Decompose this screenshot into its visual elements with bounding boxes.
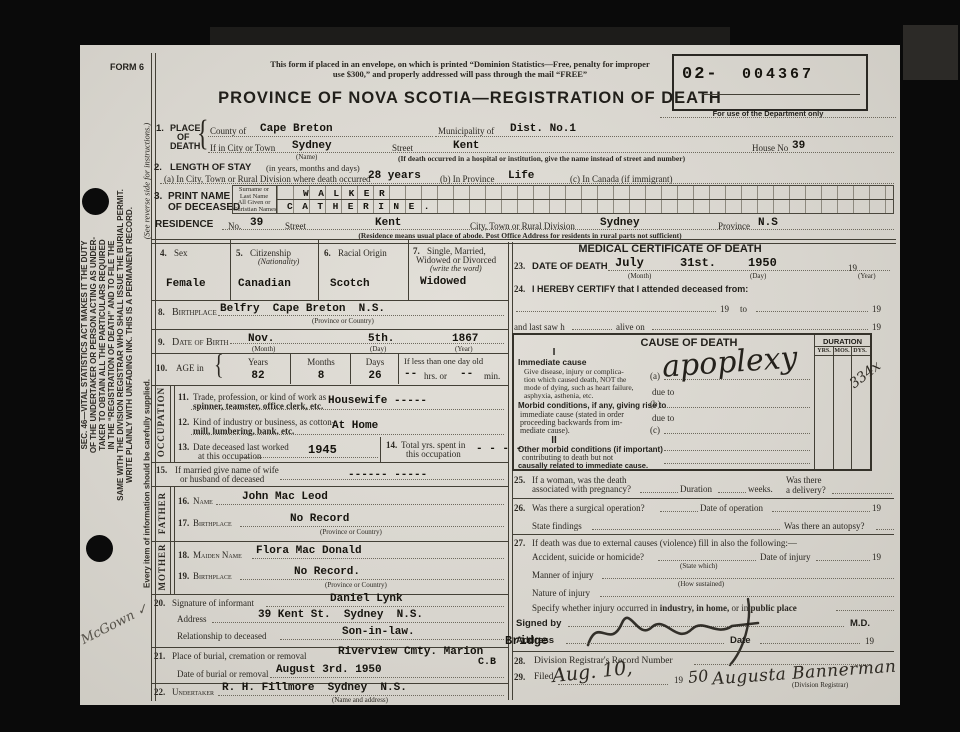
field3-label1: PRINT NAME (168, 191, 230, 202)
father-side-label: FATHER (157, 485, 167, 541)
morbid-label1: Morbid conditions, if any, giving rise t… (518, 401, 666, 410)
county-value: Cape Breton (260, 123, 333, 135)
registration-number-box: 02- 004367 (672, 54, 868, 111)
municipality-value: Dist. No.1 (510, 123, 576, 135)
age-years-label: Years (228, 357, 288, 367)
citizenship-value: Canadian (238, 278, 291, 290)
leader (191, 434, 504, 435)
how-sustained-sub: (How sustained) (678, 580, 724, 588)
pencil-margin-note: McGown ✓ (79, 601, 151, 648)
father-name-value: John Mac Leod (242, 491, 328, 503)
manner-injury-label: Manner of injury (532, 570, 593, 580)
signed-by-label: Signed by (516, 618, 561, 629)
street-value: Kent (453, 140, 479, 152)
total-years-label2: this occupation (406, 449, 461, 459)
mail-notice: This form if placed in an envelope, on w… (230, 59, 690, 79)
leader (772, 511, 870, 512)
age-min-label: min. (484, 371, 500, 381)
leader (572, 329, 612, 330)
residence-city-value: Sydney (600, 217, 640, 229)
leader (208, 136, 433, 137)
leader (640, 492, 678, 493)
immediate-desc4: asphyxia, asthenia, etc. (524, 391, 593, 400)
occupation-group-border (170, 385, 175, 462)
row-line (151, 353, 508, 354)
father-name-label: Name (193, 496, 213, 506)
cell-vline (398, 354, 399, 384)
dob-label: Date of Birth (172, 337, 229, 348)
last-saw-19: 19 (872, 322, 881, 332)
due-to-1: due to (652, 387, 674, 397)
sex-label: Sex (174, 248, 188, 258)
leader (664, 463, 810, 464)
mother-side-label: MOTHER (157, 539, 167, 595)
field2-number: 2. (154, 162, 162, 173)
city-town-value: Sydney (292, 140, 332, 152)
leader (664, 450, 810, 451)
dob-day-sub: (Day) (370, 345, 386, 353)
last-worked-label2: at this occupation (198, 451, 261, 461)
field26-number: 26. (514, 503, 525, 513)
death-year-sub: (Year) (858, 272, 876, 280)
field6-number: 6. (324, 248, 331, 258)
injury-19: 19 (872, 552, 881, 562)
death-year19: 19 (848, 263, 857, 273)
row-line (151, 385, 508, 386)
row-line (512, 651, 894, 652)
municipality-label: Municipality of (438, 126, 494, 136)
father-birthplace-value: No Record (290, 513, 349, 525)
document-scan: SEC. 46—VITAL STATISTICS ACT MAKES IT TH… (0, 0, 960, 732)
burial-place-value: Riverview Cmty. Marion (338, 646, 483, 658)
leader (208, 152, 894, 153)
certify-19b: 19 (872, 304, 881, 314)
duration-dys: DYS. (851, 348, 869, 354)
stay-a-value: 28 years (368, 170, 421, 182)
leader (160, 183, 894, 184)
pregnancy-weeks-label: weeks. (748, 484, 773, 494)
certify-to: to (740, 304, 747, 314)
burial-place-label: Place of burial, cremation or removal (172, 651, 306, 661)
field1-label-death: DEATH (170, 141, 200, 151)
field27-number: 27. (514, 538, 525, 548)
occupation-side-label: OCCUPATION (156, 377, 166, 467)
row-line (151, 300, 508, 301)
row-line (151, 541, 508, 542)
last-saw-label: and last saw h (514, 322, 565, 332)
birthplace-value: Belfry Cape Breton N.S. (220, 303, 385, 315)
age-days-value: 26 (352, 370, 398, 382)
county-label: County of (210, 126, 246, 136)
leader (222, 229, 894, 230)
residence-street-value: Kent (375, 217, 401, 229)
field14-number: 14. (386, 440, 397, 450)
age-label: AGE in (176, 363, 204, 373)
leader (558, 684, 668, 685)
death-month-sub: (Month) (628, 272, 651, 280)
pregnancy-label2: associated with pregnancy? (532, 484, 631, 494)
operation-19: 19 (872, 503, 881, 513)
duration-mos: MOS. (833, 348, 851, 354)
informant-address-value: 39 Kent St. Sydney N.S. (258, 609, 423, 621)
leader (760, 643, 860, 644)
leader (280, 479, 504, 480)
age-months-label: Months (292, 357, 350, 367)
burial-place-cb: C.B (478, 657, 496, 668)
cell-vline (230, 240, 231, 300)
leader (664, 407, 810, 408)
certify-19a: 19 (720, 304, 729, 314)
city-name-sub: (Name) (296, 153, 317, 161)
row-line (512, 534, 894, 535)
column-divider (508, 242, 513, 700)
death-day-sub: (Day) (750, 272, 766, 280)
row-line (512, 498, 894, 499)
certificate-paper: SEC. 46—VITAL STATISTICS ACT MAKES IT TH… (80, 45, 900, 705)
number-box-rule (702, 94, 860, 95)
leader (191, 409, 504, 410)
duration-col2 (851, 346, 852, 469)
filed-19: 19 (674, 675, 683, 685)
entry-a-label: (a) (650, 371, 660, 381)
mother-birthplace-value: No Record. (294, 566, 360, 578)
age-hrs-label: hrs. or (424, 371, 447, 381)
signed-19: 19 (865, 636, 874, 646)
relationship-value: Son-in-law. (342, 626, 415, 638)
leader (270, 677, 504, 678)
statute-line: OF THE UNDERTAKER OR PERSON ACTING AS UN… (89, 85, 98, 605)
age-min-dash: -- (460, 368, 473, 380)
statute-line: IN THE “REGISTRATION OF DEATH” AND TO FI… (107, 85, 116, 605)
field29-number: 29. (514, 672, 525, 682)
field3-label2: OF DECEASED (168, 202, 240, 213)
death-day-value: 31st. (680, 256, 716, 270)
field16-number: 16. (178, 496, 189, 506)
leader (664, 433, 810, 434)
field25-number: 25. (514, 475, 525, 485)
delivery-label1: Was there (786, 475, 822, 485)
field15-number: 15. (156, 465, 167, 475)
field13-number: 13. (178, 442, 189, 452)
age-less-label: If less than one day old (404, 356, 483, 366)
birthplace-sub: (Province or Country) (312, 317, 374, 325)
signed-date-label: Date (730, 635, 751, 646)
operation-date-label: Date of operation (700, 503, 763, 513)
age-days-label: Days (352, 357, 398, 367)
leader (266, 606, 504, 607)
cause-of-death-box: CAUSE OF DEATH DURATION YRS. MOS. DYS. I… (512, 333, 872, 471)
entry-c-label: (c) (650, 425, 660, 435)
row-line (151, 486, 508, 487)
delivery-label2: a delivery? (786, 485, 826, 495)
undertaker-label: Undertaker (172, 687, 214, 697)
leader (566, 643, 724, 644)
leader (240, 579, 504, 580)
statute-line: WRITE PLAINLY WITH UNFADING INK. THIS IS… (125, 85, 134, 605)
death-month-value: July (615, 256, 644, 270)
leader (212, 622, 504, 623)
given-name-value: CATHERINE. (287, 201, 439, 212)
leader (876, 529, 894, 530)
surname-value: WALKER (303, 188, 394, 199)
leader (240, 457, 378, 458)
state-findings-label: State findings (532, 521, 582, 531)
leader (816, 560, 870, 561)
leader (216, 504, 504, 505)
field23-number: 23. (514, 261, 525, 271)
alive-on-label: alive on (616, 322, 645, 332)
racial-origin-value: Scotch (330, 278, 370, 290)
duration-hline (814, 346, 870, 347)
filed-year-handwritten: 50 (687, 666, 709, 687)
informant-value: Daniel Lynk (330, 593, 403, 605)
field24-number: 24. (514, 284, 525, 294)
industry-value: At Home (332, 420, 378, 432)
stay-b-value: Life (508, 170, 534, 182)
name-grid-box: Surname orLast Name All Given orChristia… (232, 185, 894, 214)
accident-label: Accident, suicide or homicide? (532, 552, 644, 562)
age-months-value: 8 (292, 370, 350, 382)
burial-date-value: August 3rd. 1950 (276, 664, 382, 676)
leader (516, 311, 716, 312)
field11-number: 11. (178, 392, 189, 402)
marital-value: Widowed (420, 276, 466, 288)
leader (280, 639, 504, 640)
field28-number: 28. (514, 656, 525, 666)
field20-number: 20. (154, 598, 165, 608)
age-brace: { (214, 350, 224, 382)
field2-sub: (in years, months and days) (266, 163, 360, 173)
pregnancy-duration-label: Duration (680, 484, 712, 494)
external-causes-label: If death was due to external causes (vio… (532, 538, 797, 548)
field10-number: 10. (156, 363, 167, 373)
date-injury-label: Date of injury (760, 552, 810, 562)
cell-vline (350, 354, 351, 384)
mail-notice-line1: This form if placed in an envelope, on w… (230, 59, 690, 69)
house-value: 39 (792, 140, 805, 152)
citizenship-sub: (Nationality) (258, 257, 299, 266)
leader (435, 136, 893, 137)
residence-no-value: 39 (250, 217, 263, 229)
leader (230, 343, 504, 344)
leader (608, 270, 890, 271)
age-years-value: 82 (228, 370, 288, 382)
field1-brace: { (197, 114, 209, 155)
cell-vline (380, 437, 381, 462)
birthplace-label: Birthplace (172, 307, 217, 318)
sex-value: Female (166, 278, 206, 290)
residence-province-value: N.S (758, 217, 778, 229)
field17-number: 17. (178, 518, 189, 528)
mother-birthplace-label: Birthplace (193, 571, 232, 581)
mail-notice-line2: use $300,” and properly addressed will p… (230, 69, 690, 79)
leader (218, 315, 504, 316)
row-line (151, 329, 508, 330)
relationship-label: Relationship to deceased (177, 631, 266, 641)
certify-label: I HEREBY CERTIFY that I attended decease… (532, 284, 748, 294)
field2-label: LENGTH OF STAY (170, 162, 251, 173)
mother-maiden-value: Flora Mac Donald (256, 545, 362, 557)
leader (756, 311, 868, 312)
field1-number: 1. (156, 123, 164, 134)
marital-sub: (write the word) (430, 264, 482, 273)
informant-address-label: Address (177, 614, 207, 624)
statute-notice: SEC. 46—VITAL STATISTICS ACT MAKES IT TH… (80, 85, 136, 605)
dob-month-sub: (Month) (252, 345, 275, 353)
leader (658, 560, 756, 561)
see-reverse-note: (See reverse side for instructions.) (142, 109, 152, 254)
statute-line: SAME WITH THE DIVISION REGISTRAR WHO SHA… (116, 85, 125, 605)
mother-group-border (170, 541, 175, 594)
field3-number: 3. (154, 191, 162, 202)
leader (836, 610, 894, 611)
field8-number: 8. (158, 307, 165, 317)
leader (602, 578, 894, 579)
residence-label: RESIDENCE (155, 219, 213, 230)
leader (652, 329, 868, 330)
leader (592, 529, 780, 530)
statute-line: SEC. 46—VITAL STATISTICS ACT MAKES IT TH… (80, 85, 89, 605)
leader (718, 492, 746, 493)
duration-yrs: YRS. (815, 348, 833, 354)
leader (240, 526, 504, 527)
immediate-cause-label: Immediate cause (518, 357, 587, 367)
occupation-value: Housewife ----- (328, 395, 427, 407)
leader (252, 558, 504, 559)
medical-title: MEDICAL CERTIFICATE OF DEATH (530, 243, 810, 255)
leader (660, 511, 698, 512)
punch-hole-top (82, 188, 109, 215)
entry-b-label: (b) (650, 399, 661, 409)
father-group-border (170, 486, 175, 541)
field12-number: 12. (178, 417, 189, 427)
cell-vline (408, 240, 409, 300)
field9-number: 9. (158, 337, 165, 347)
punch-hole-bottom (86, 535, 113, 562)
field19-number: 19. (178, 571, 189, 581)
given-cell-label: All Given orChristian Names (233, 200, 275, 213)
autopsy-label: Was there an autopsy? (784, 521, 865, 531)
operation-label: Was there a surgical operation? (532, 503, 645, 513)
age-hrs-dash: -- (404, 368, 417, 380)
morbid-label4: mediate cause). (520, 426, 570, 435)
division-registrar-sub: (Division Registrar) (792, 681, 848, 689)
md-label: M.D. (850, 618, 870, 629)
cell-vline (290, 354, 291, 384)
informant-label: Signature of informant (172, 598, 254, 608)
leader (832, 493, 892, 494)
mother-birthplace-sub: (Province or Country) (325, 581, 387, 589)
racial-origin-label: Racial Origin (338, 248, 387, 258)
father-birthplace-label: Birthplace (193, 518, 232, 528)
last-worked-value: 1945 (308, 443, 337, 457)
scan-top-strip (210, 27, 730, 45)
row-line (151, 462, 508, 463)
father-birthplace-sub: (Province or Country) (320, 528, 382, 536)
field18-number: 18. (178, 550, 189, 560)
page-title: PROVINCE OF NOVA SCOTIA—REGISTRATION OF … (190, 89, 750, 108)
undertaker-value: R. H. Fillmore Sydney N.S. (222, 682, 407, 694)
duration-hline2 (814, 355, 870, 356)
cell-vline (318, 240, 319, 300)
field5-number: 5. (236, 248, 243, 258)
death-year-value: 1950 (748, 256, 777, 270)
other-morbid-label3: causally related to immediate cause. (518, 461, 648, 470)
dob-year-sub: (Year) (455, 345, 473, 353)
date-of-death-label: DATE OF DEATH (532, 261, 608, 272)
field21-number: 21. (154, 651, 165, 661)
registration-number-prefix: 02- (682, 65, 719, 84)
hospital-note: (If death occurred in a hospital or inst… (398, 154, 685, 163)
field22-number: 22. (154, 687, 165, 697)
due-to-2: due to (652, 413, 674, 423)
scan-corner-patch (903, 25, 958, 80)
filed-label: Filed (534, 672, 554, 682)
leader (660, 117, 896, 118)
undertaker-sub: (Name and address) (270, 696, 450, 704)
duration-label: DURATION (815, 337, 870, 346)
duration-col1 (833, 346, 834, 469)
burial-date-label: Date of burial or removal (177, 669, 268, 679)
statute-line: TAKER TO OBTAIN ALL THE PARTICULARS REQU… (98, 85, 107, 605)
mother-maiden-label: Maiden Name (193, 550, 242, 560)
burial-place-overflow: Bridge (505, 634, 548, 648)
state-which-sub: (State which) (680, 562, 718, 570)
registration-number-value: 004367 (742, 66, 814, 83)
field4-number: 4. (160, 248, 167, 258)
form-number-label: FORM 6 (110, 62, 144, 72)
spouse-label2: or husband of deceased (180, 474, 264, 484)
